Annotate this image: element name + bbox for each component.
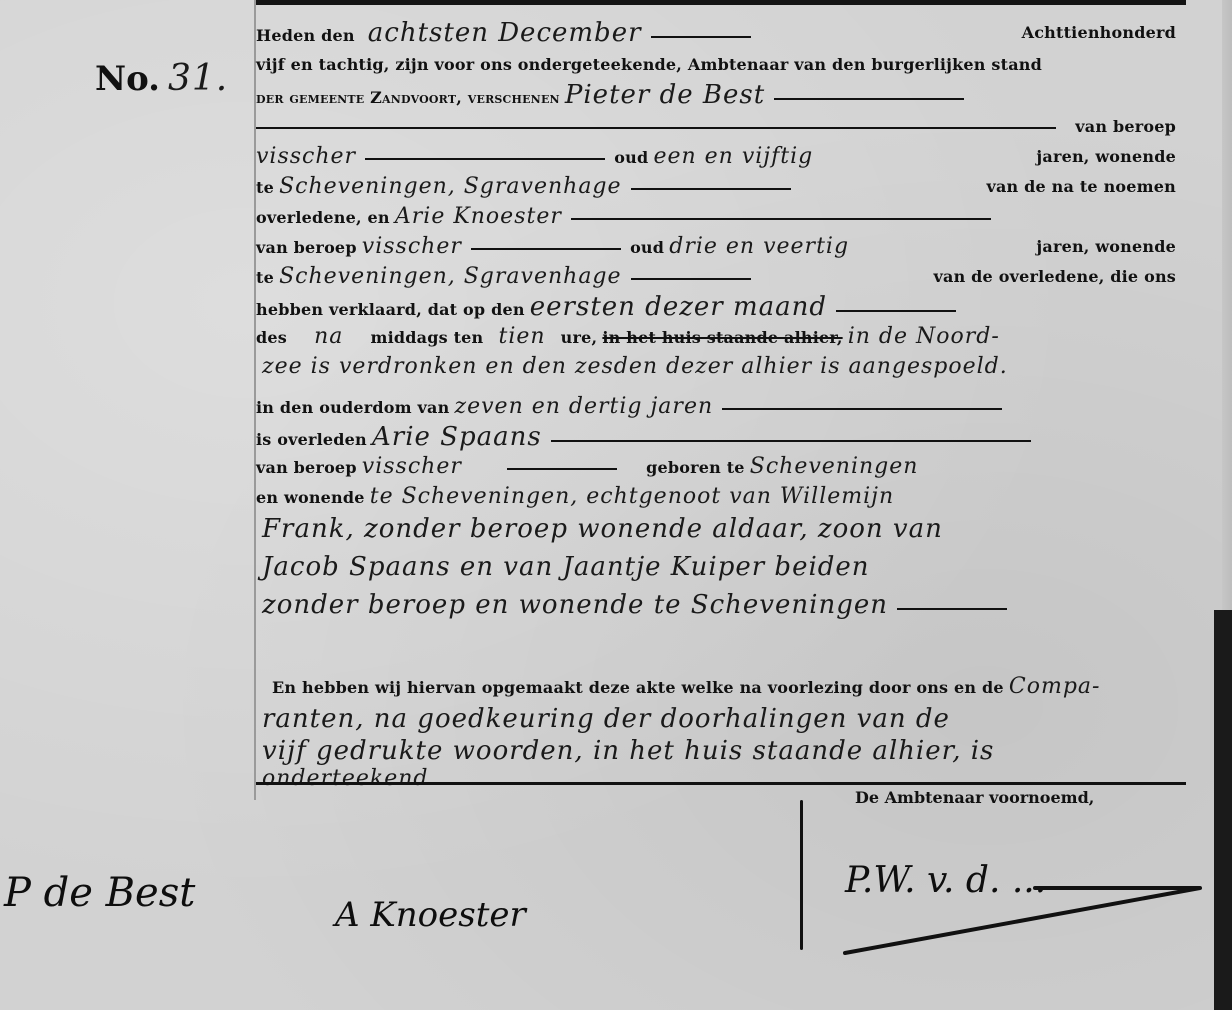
akte-number: No.31. xyxy=(95,58,228,99)
printed-text: des xyxy=(256,328,287,347)
fill-line xyxy=(571,218,991,220)
handwritten-occupation: visscher xyxy=(362,234,462,259)
handwritten-time-prefix: na xyxy=(314,324,343,349)
handwritten-hour: tien xyxy=(498,324,545,349)
handwritten-age-at-death: zeven en dertig jaren xyxy=(455,394,714,419)
page-edge xyxy=(1222,0,1232,610)
fill-line xyxy=(651,36,751,38)
officer-label: De Ambtenaar voornoemd, xyxy=(855,788,1094,807)
fill-line xyxy=(365,158,605,160)
handwritten-spouse-details: Frank, zonder beroep wonende aldaar, zoo… xyxy=(262,514,943,544)
printed-text: te xyxy=(256,268,274,287)
text-line: vijf en tachtig, zijn voor ons ondergete… xyxy=(256,50,1176,80)
printed-text: Heden den xyxy=(256,26,355,45)
text-line: van beroep visscher oud drie en veertig … xyxy=(256,232,1176,262)
text-line: des na middags ten tien ure, in het huis… xyxy=(256,322,1176,352)
fill-line xyxy=(897,608,1007,610)
fill-line xyxy=(471,248,621,250)
text-line: te Scheveningen, Sgravenhage van de over… xyxy=(256,262,1176,292)
text-line: hebben verklaard, dat op den eersten dez… xyxy=(256,292,1176,322)
handwritten-deceased-name: Arie Spaans xyxy=(372,422,542,452)
fill-line xyxy=(256,127,1056,129)
printed-text: jaren, wonende xyxy=(1036,232,1176,262)
printed-text: jaren, wonende xyxy=(1036,142,1176,172)
signature-flourish-icon xyxy=(840,868,1210,958)
printed-text: hebben verklaard, dat op den xyxy=(256,300,525,319)
akte-number-label: No. xyxy=(95,59,160,99)
printed-text: van beroep xyxy=(256,458,357,477)
fill-line xyxy=(551,440,1031,442)
handwritten-closing: Compa- xyxy=(1009,674,1101,699)
printed-text: ure, xyxy=(561,328,598,347)
printed-text: oud xyxy=(630,238,664,257)
text-line: is overleden Arie Spaans xyxy=(256,422,1176,452)
handwritten-birthplace: Scheveningen xyxy=(750,454,919,479)
text-line: der gemeente Zandvoort, verschenen Piete… xyxy=(256,80,1176,110)
printed-text: middags ten xyxy=(370,328,483,347)
fill-line xyxy=(836,310,956,312)
text-line: En hebben wij hiervan opgemaakt deze akt… xyxy=(272,672,1192,702)
handwritten-circumstances: zee is verdronken en den zesden dezer al… xyxy=(262,354,1008,379)
text-line: visscher oud een en vijftig jaren, wonen… xyxy=(256,142,1176,172)
signature-brace xyxy=(800,800,803,950)
handwritten-occupation: visscher xyxy=(362,454,462,479)
fill-line xyxy=(722,408,1002,410)
printed-text: in den ouderdom van xyxy=(256,398,449,417)
text-line: Heden den achtsten December Achttienhond… xyxy=(256,18,1176,48)
text-line: van beroep visscher geboren te Schevenin… xyxy=(256,452,1176,482)
handwritten-date: achtsten December xyxy=(368,18,642,48)
printed-text: Achttienhonderd xyxy=(1022,18,1176,48)
printed-text: te xyxy=(256,178,274,197)
handwritten-closing: onderteekend xyxy=(262,766,429,791)
text-line: te Scheveningen, Sgravenhage van de na t… xyxy=(256,172,1176,202)
handwritten-closing: vijf gedrukte woorden, in het huis staan… xyxy=(262,736,994,766)
struck-through-text: in het huis staande alhier, xyxy=(602,328,842,347)
closing-rule xyxy=(256,782,1186,785)
handwritten-age: drie en veertig xyxy=(669,234,849,259)
handwritten-date-of-death: eersten dezer maand xyxy=(530,292,827,322)
printed-text: vijf en tachtig, zijn voor ons ondergete… xyxy=(256,55,1042,74)
printed-text: en wonende xyxy=(256,488,365,507)
text-line: zonder beroep en wonende te Scheveningen xyxy=(262,590,1182,620)
handwritten-closing: ranten, na goedkeuring der doorhalingen … xyxy=(262,704,950,734)
handwritten-witness-name: Arie Knoester xyxy=(395,204,562,229)
binding-shadow xyxy=(1214,610,1232,1010)
text-line: vijf gedrukte woorden, in het huis staan… xyxy=(262,736,1182,766)
text-line: zee is verdronken en den zesden dezer al… xyxy=(262,352,1182,382)
handwritten-residence-spouse: te Scheveningen, echtgenoot van Willemij… xyxy=(370,484,894,509)
handwritten-age: een en vijftig xyxy=(653,144,813,169)
handwritten-parents-residence: zonder beroep en wonende te Scheveningen xyxy=(262,590,888,620)
printed-text: is overleden xyxy=(256,430,367,449)
handwritten-occupation: visscher xyxy=(256,144,356,169)
handwritten-parents: Jacob Spaans en van Jaantje Kuiper beide… xyxy=(262,552,870,582)
printed-text: geboren te xyxy=(646,458,745,477)
text-line: van beroep xyxy=(256,112,1176,142)
printed-text: der gemeente Zandvoort, verschenen xyxy=(256,88,560,107)
handwritten-declarant-name: Pieter de Best xyxy=(565,80,765,110)
printed-text: overledene, en xyxy=(256,208,390,227)
fill-line xyxy=(631,188,791,190)
printed-text: van de na te noemen xyxy=(986,172,1176,202)
text-line: overledene, en Arie Knoester xyxy=(256,202,1176,232)
printed-text: oud xyxy=(614,148,648,167)
printed-text: van beroep xyxy=(256,238,357,257)
fill-line xyxy=(507,468,617,470)
text-line: in den ouderdom van zeven en dertig jare… xyxy=(256,392,1176,422)
text-line: en wonende te Scheveningen, echtgenoot v… xyxy=(256,482,1176,512)
handwritten-residence: Scheveningen, Sgravenhage xyxy=(279,174,621,199)
document-page: No.31. Heden den achtsten December Achtt… xyxy=(0,0,1232,1010)
akte-number-value: 31. xyxy=(168,58,228,99)
fill-line xyxy=(631,278,751,280)
text-line: Jacob Spaans en van Jaantje Kuiper beide… xyxy=(262,552,1182,582)
text-line: Frank, zonder beroep wonende aldaar, zoo… xyxy=(262,514,1182,544)
text-line: ranten, na goedkeuring der doorhalingen … xyxy=(262,704,1182,734)
signature-witness-1: P de Best xyxy=(4,870,195,916)
handwritten-residence: Scheveningen, Sgravenhage xyxy=(279,264,621,289)
printed-text: van de overledene, die ons xyxy=(934,262,1177,292)
fill-line xyxy=(774,98,964,100)
top-rule xyxy=(256,0,1186,5)
printed-text: van beroep xyxy=(1075,112,1176,142)
signature-witness-2: A Knoester xyxy=(335,895,526,935)
printed-text: En hebben wij hiervan opgemaakt deze akt… xyxy=(272,678,1004,697)
handwritten-place-of-death: in de Noord- xyxy=(848,324,1000,349)
